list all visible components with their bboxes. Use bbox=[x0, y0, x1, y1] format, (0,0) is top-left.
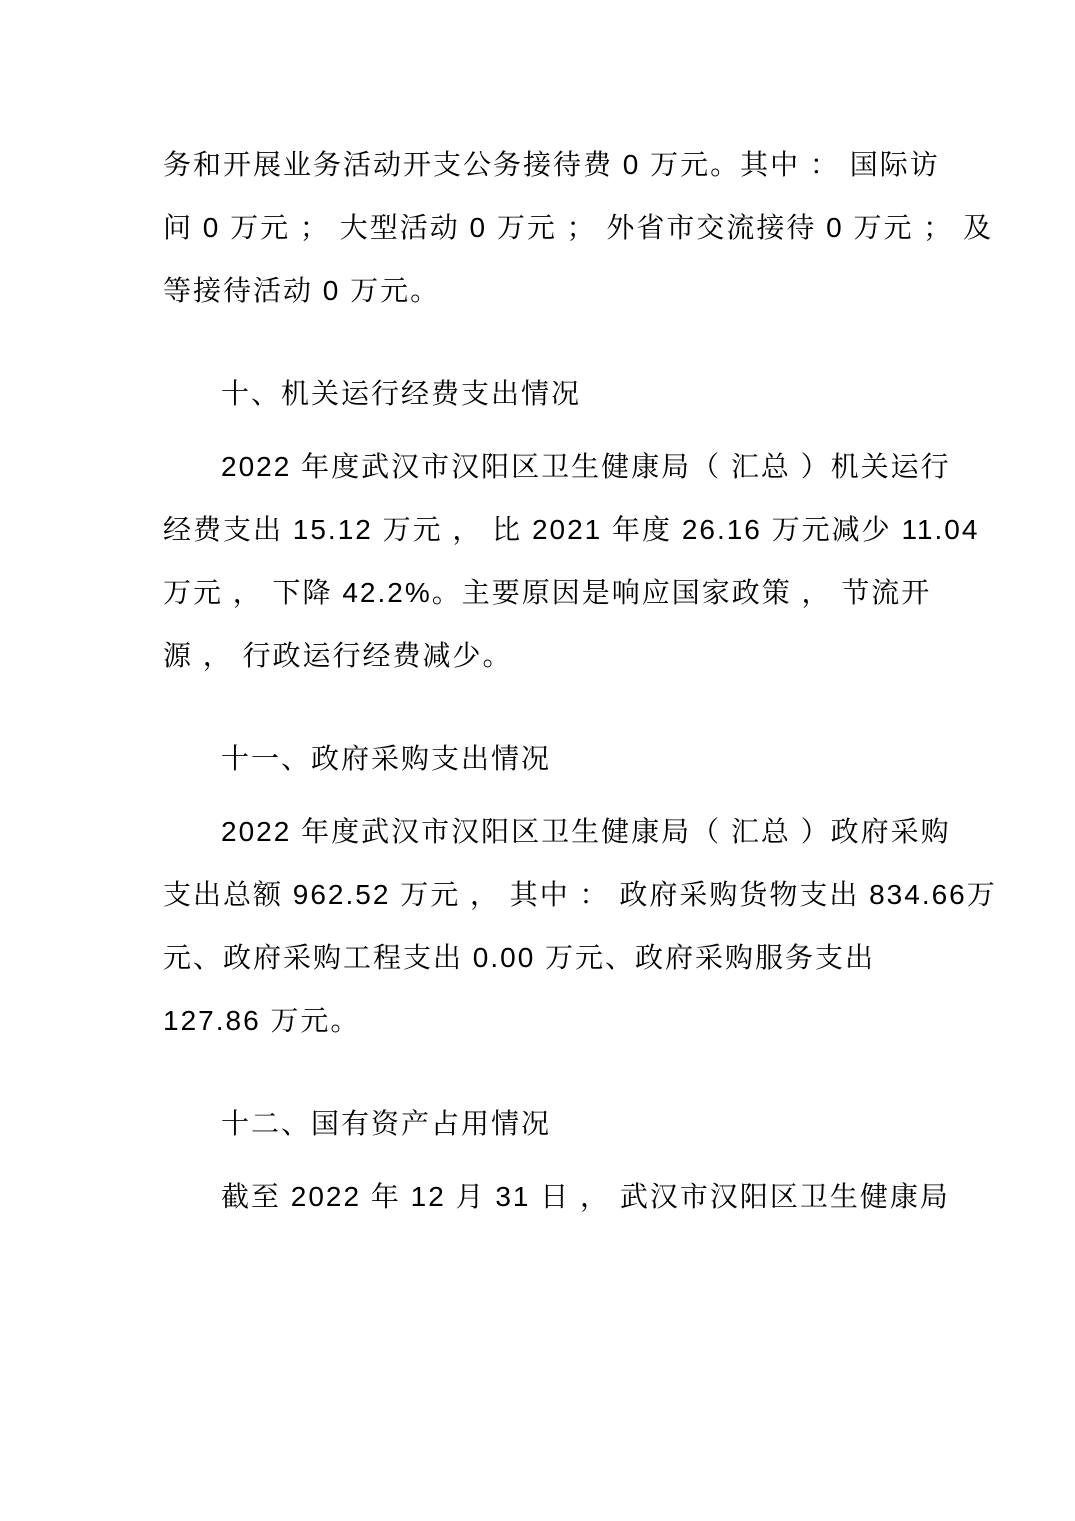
body-line: 务和开展业务活动开支公务接待费 0 万元。其中 ： 国际访 bbox=[163, 133, 912, 196]
body-line: 截至 2022 年 12 月 31 日 ， 武汉市汉阳区卫生健康局 bbox=[163, 1165, 912, 1228]
document-content: 务和开展业务活动开支公务接待费 0 万元。其中 ： 国际访 问 0 万元 ； 大… bbox=[163, 133, 912, 1228]
document-page: 务和开展业务活动开支公务接待费 0 万元。其中 ： 国际访 问 0 万元 ； 大… bbox=[0, 0, 1075, 1521]
section-heading-10: 十、机关运行经费支出情况 bbox=[163, 362, 912, 425]
section-heading-12: 十二、国有资产占用情况 bbox=[163, 1092, 912, 1155]
body-line: 支出总额 962.52 万元 ， 其中 ： 政府采购货物支出 834.66万 bbox=[163, 863, 912, 926]
body-line: 2022 年度武汉市汉阳区卫生健康局（ 汇总 ）政府采购 bbox=[163, 800, 912, 863]
body-line: 等接待活动 0 万元。 bbox=[163, 259, 912, 322]
body-line: 源 ， 行政运行经费减少。 bbox=[163, 624, 912, 687]
section-heading-11: 十一、政府采购支出情况 bbox=[163, 727, 912, 790]
body-line: 万元 ， 下降 42.2%。主要原因是响应国家政策 ， 节流开 bbox=[163, 561, 912, 624]
body-line: 问 0 万元 ； 大型活动 0 万元 ； 外省市交流接待 0 万元 ； 及 bbox=[163, 196, 912, 259]
body-line: 127.86 万元。 bbox=[163, 989, 912, 1052]
body-line: 2022 年度武汉市汉阳区卫生健康局（ 汇总 ）机关运行 bbox=[163, 435, 912, 498]
body-line: 元、政府采购工程支出 0.00 万元、政府采购服务支出 bbox=[163, 926, 912, 989]
body-line: 经费支出 15.12 万元 ， 比 2021 年度 26.16 万元减少 11.… bbox=[163, 498, 912, 561]
